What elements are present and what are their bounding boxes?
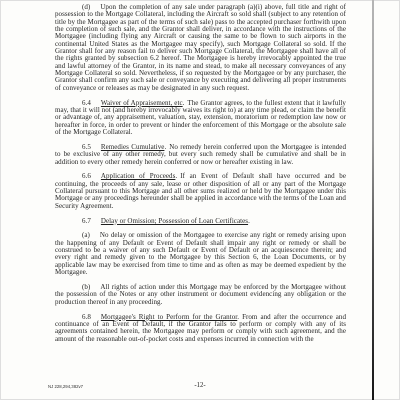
section-6-5: 6.5Remedies Cumulative.No remedy herein … <box>55 144 346 166</box>
section-text: The Grantor agrees, to the fullest exten… <box>55 99 346 136</box>
section-6-7: 6.7Delay or Omission; Possession of Loan… <box>55 218 346 225</box>
paragraph-text: All rights of action under this Mortgage… <box>55 283 346 306</box>
section-heading: Delay or Omission; Possession of Loan Ce… <box>101 217 248 225</box>
paragraph-text: No delay or omission of the Mortgagee to… <box>55 231 346 276</box>
section-text: No remedy herein conferred upon the Mort… <box>55 143 346 166</box>
footer-page-number: -12- <box>0 382 400 389</box>
section-text: If an Event of Default shall have occurr… <box>55 172 346 209</box>
paragraph-b: (b)All rights of action under this Mortg… <box>55 284 346 306</box>
document-body: (d)Upon the completion of any sale under… <box>55 4 346 350</box>
paragraph-text: Upon the completion of any sale under pa… <box>55 3 346 92</box>
section-6-4: 6.4Waiver of Appraisement, etc.The Grant… <box>55 100 346 137</box>
heading-separator: . <box>248 217 250 225</box>
section-number: 6.7 <box>82 217 91 225</box>
paragraph-d: (d)Upon the completion of any sale under… <box>55 4 346 92</box>
paragraph-a: (a)No delay or omission of the Mortgagee… <box>55 232 346 276</box>
section-6-6: 6.6Application of Proceeds.If an Event o… <box>55 173 346 210</box>
scanned-document-page: (d)Upon the completion of any sale under… <box>0 0 400 400</box>
scan-edge-artifact <box>372 0 374 400</box>
section-6-8: 6.8Mortgagee's Right to Perform for the … <box>55 314 346 343</box>
